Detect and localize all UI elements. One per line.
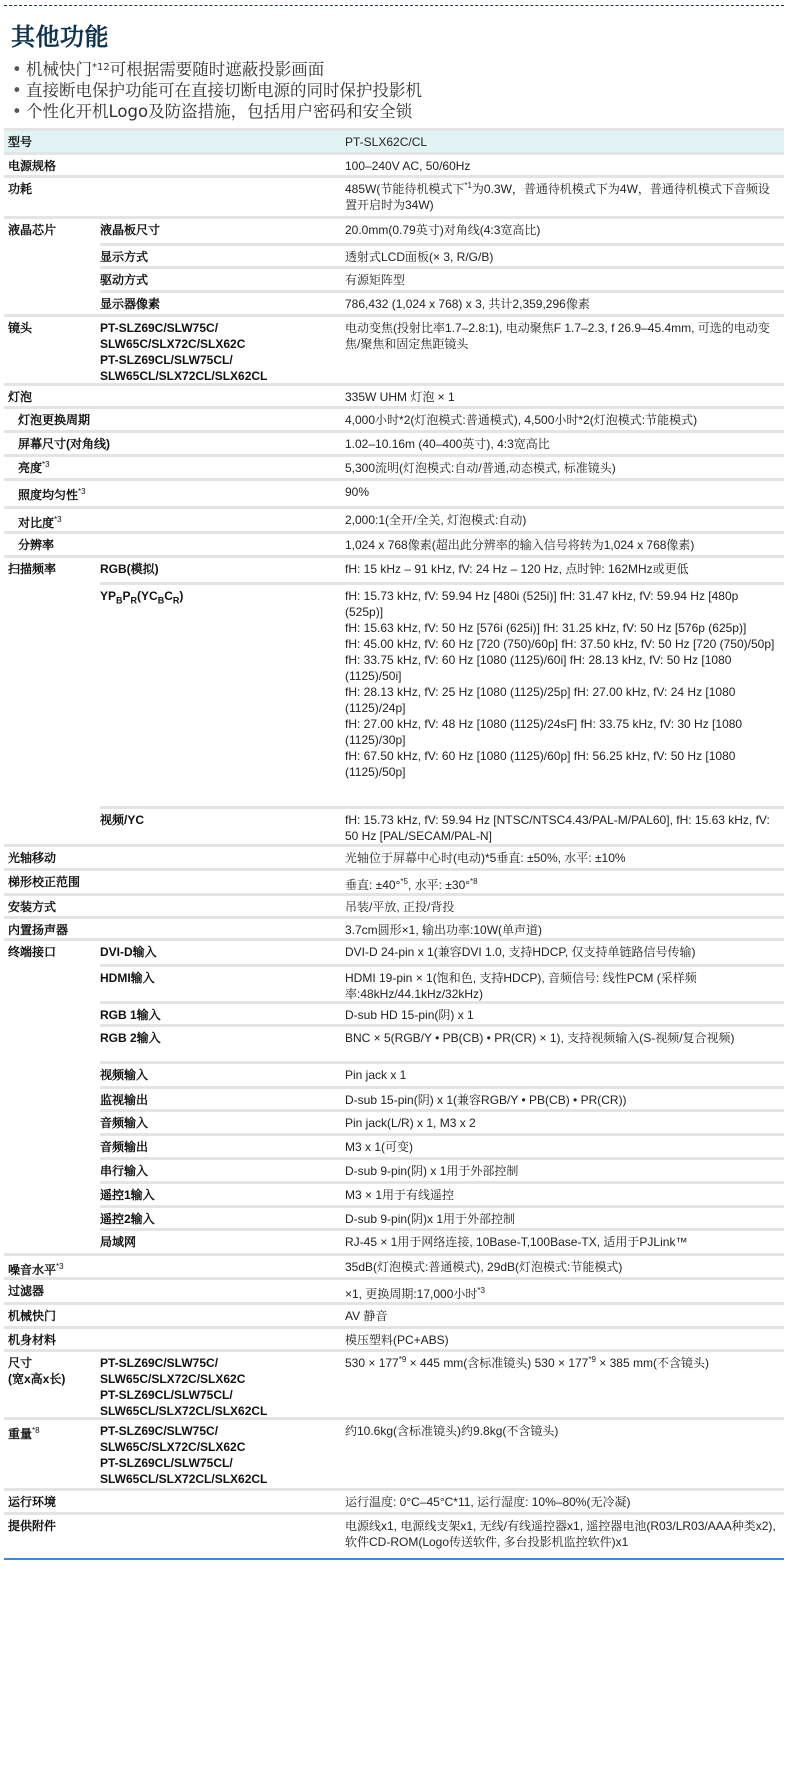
table-row: 机身材料 模压塑料(PC+ABS) bbox=[4, 1326, 784, 1349]
table-row: HDMI输入 HDMI 19-pin × 1(饱和色, 支持HDCP), 音频信… bbox=[100, 964, 784, 1001]
table-row: YPBPR(YCBCR) fH: 15.73 kHz, fV: 59.94 Hz… bbox=[100, 582, 784, 806]
table-row: 重量*8 PT-SLZ69C/SLW75C/ SLW65C/SLX72C/SLX… bbox=[4, 1417, 784, 1488]
feature-item: •个性化开机Logo及防盗措施，包括用户密码和安全锁 bbox=[12, 101, 422, 122]
table-row: 音频输出 M3 x 1(可变) bbox=[100, 1133, 784, 1157]
feature-item: •机械快门*12可根据需要随时遮蔽投影画面 bbox=[12, 59, 422, 80]
model-value: PT-SLX62C/CL bbox=[345, 131, 783, 152]
bullet-icon: • bbox=[12, 80, 26, 101]
table-group-lcd: 液晶芯片 液晶板尺寸 20.0mm(0.79英寸)对角线(4:3宽高比) 显示方… bbox=[4, 216, 784, 314]
table-row: 驱动方式 有源矩阵型 bbox=[100, 266, 784, 290]
table-row: 机械快门 AV 静音 bbox=[4, 1302, 784, 1326]
table-row: 遥控2输入 D-sub 9-pin(阴)x 1用于外部控制 bbox=[100, 1205, 784, 1228]
table-header-row: 型号 PT-SLX62C/CL bbox=[4, 128, 784, 152]
table-row: 对比度*3 2,000:1(全开/全关, 灯泡模式:自动) bbox=[4, 506, 784, 531]
table-row: 过滤器 ×1, 更换周期:17,000小时*3 bbox=[4, 1277, 784, 1302]
table-row: 梯形校正范围 垂直: ±40°*5, 水平: ±30°*8 bbox=[4, 868, 784, 893]
ypbpr-label: YPBPR(YCBCR) bbox=[100, 585, 345, 806]
table-row: 噪音水平*3 35dB(灯泡模式:普通模式), 29dB(灯泡模式:节能模式) bbox=[4, 1253, 784, 1277]
top-dashed-divider bbox=[4, 5, 784, 6]
section-title: 其他功能 bbox=[11, 17, 109, 52]
table-row: 内置扬声器 3.7cm圆形×1, 输出功率:10W(单声道) bbox=[4, 916, 784, 938]
table-row: 显示器像素 786,432 (1,024 x 768) x 3, 共计2,359… bbox=[100, 290, 784, 314]
table-row: RGB(模拟) fH: 15 kHz – 91 kHz, fV: 24 Hz –… bbox=[100, 558, 784, 582]
model-label: 型号 bbox=[4, 131, 345, 152]
table-row: 局域网 RJ-45 × 1用于网络连接, 10Base-T,100Base-TX… bbox=[100, 1228, 784, 1253]
table-row: 屏幕尺寸(对角线) 1.02–10.16m (40–400英寸), 4:3宽高比 bbox=[4, 430, 784, 454]
table-row: 视频输入 Pin jack x 1 bbox=[100, 1061, 784, 1086]
table-group-terminals: 终端接口 DVI-D输入 DVI-D 24-pin x 1(兼容DVI 1.0,… bbox=[4, 938, 784, 1253]
table-row: 功耗 485W(节能待机模式下*1为0.3W，普通待机模式下为4W，普通待机模式… bbox=[4, 175, 784, 216]
bullet-icon: • bbox=[12, 59, 26, 80]
table-row: 显示方式 透射式LCD面板(× 3, R/G/B) bbox=[100, 243, 784, 266]
table-row: 视频/YC fH: 15.73 kHz, fV: 59.94 Hz [NTSC/… bbox=[100, 806, 784, 844]
table-row: 尺寸 (宽x高x长) PT-SLZ69C/SLW75C/ SLW65C/SLX7… bbox=[4, 1349, 784, 1417]
table-row: 分辨率 1,024 x 768像素(超出此分辨率的输入信号将转为1,024 x … bbox=[4, 531, 784, 555]
table-row: 音频输入 Pin jack(L/R) x 1, M3 x 2 bbox=[100, 1109, 784, 1133]
table-row: 光轴移动 光轴位于屏幕中心时(电动)*5垂直: ±50%, 水平: ±10% bbox=[4, 844, 784, 868]
bullet-icon: • bbox=[12, 101, 26, 122]
table-group-scan: 扫描频率 RGB(模拟) fH: 15 kHz – 91 kHz, fV: 24… bbox=[4, 555, 784, 844]
table-row: 串行输入 D-sub 9-pin(阴) x 1用于外部控制 bbox=[100, 1157, 784, 1181]
table-row: 监视输出 D-sub 15-pin(阴) x 1(兼容RGB/Y • PB(CB… bbox=[100, 1086, 784, 1109]
table-row: 照度均匀性*3 90% bbox=[4, 478, 784, 506]
spec-table: 型号 PT-SLX62C/CL 电源规格 100–240V AC, 50/60H… bbox=[4, 128, 784, 1565]
table-row: 安装方式 吊装/平放, 正投/背投 bbox=[4, 893, 784, 916]
table-row: 遥控1输入 M3 × 1用于有线遥控 bbox=[100, 1181, 784, 1205]
table-row: 液晶板尺寸 20.0mm(0.79英寸)对角线(4:3宽高比) bbox=[100, 219, 784, 243]
table-row: 镜头 PT-SLZ69C/SLW75C/ SLW65C/SLX72C/SLX62… bbox=[4, 314, 784, 383]
table-row: 电源规格 100–240V AC, 50/60Hz bbox=[4, 152, 784, 175]
table-row: 灯泡更换周期 4,000小时*2(灯泡模式:普通模式), 4,500小时*2(灯… bbox=[4, 406, 784, 430]
table-row: RGB 1输入 D-sub HD 15-pin(阴) x 1 bbox=[100, 1001, 784, 1024]
feature-item: •直接断电保护功能可在直接切断电源的同时保护投影机 bbox=[12, 80, 422, 101]
table-row: 运行环境 运行温度: 0°C–45°C*11, 运行湿度: 10%–80%(无冷… bbox=[4, 1488, 784, 1512]
feature-list: •机械快门*12可根据需要随时遮蔽投影画面 •直接断电保护功能可在直接切断电源的… bbox=[12, 59, 422, 122]
table-row: 灯泡 335W UHM 灯泡 × 1 bbox=[4, 383, 784, 406]
table-row: RGB 2输入 BNC × 5(RGB/Y • PB(CB) • PR(CR) … bbox=[100, 1024, 784, 1061]
table-row: DVI-D输入 DVI-D 24-pin x 1(兼容DVI 1.0, 支持HD… bbox=[100, 941, 784, 964]
bottom-blue-divider bbox=[4, 1558, 784, 1560]
table-row: 亮度*3 5,300流明(灯泡模式:自动/普通,动态模式, 标准镜头) bbox=[4, 454, 784, 478]
